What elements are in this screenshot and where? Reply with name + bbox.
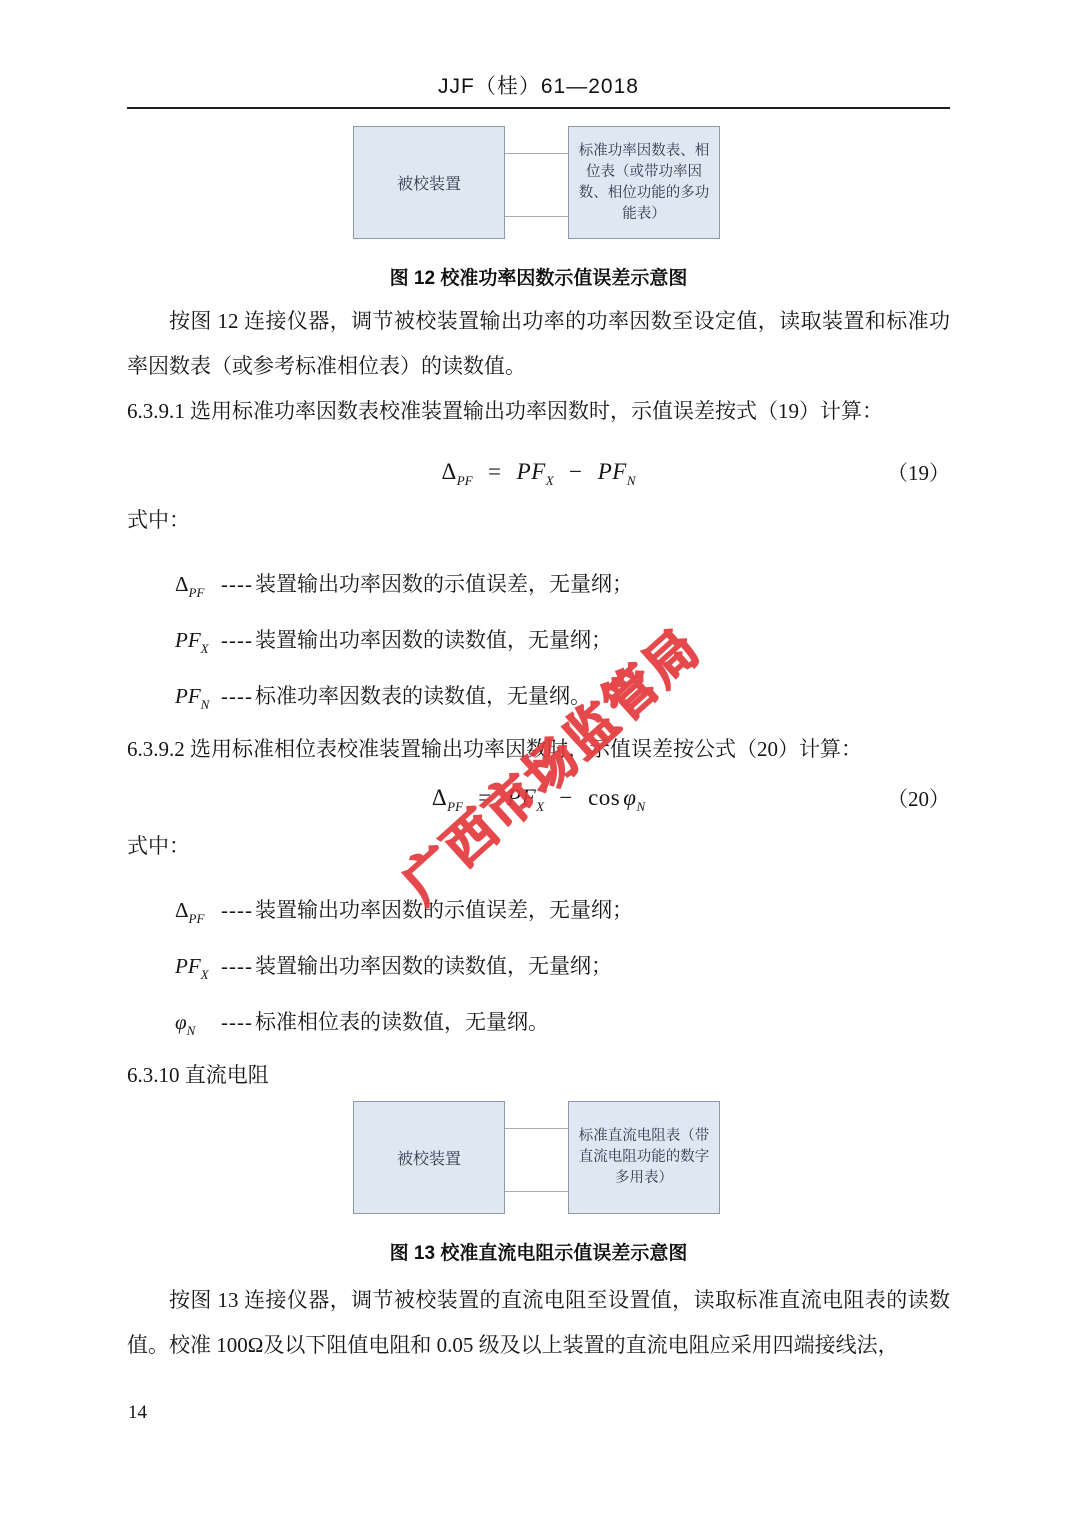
definition-text: 装置输出功率因数的示值误差，无量纲； bbox=[255, 898, 633, 922]
where-label-2: 式中： bbox=[127, 824, 950, 869]
formula-20-row: ΔPF = PFX − cosφN （20） bbox=[127, 772, 950, 824]
equation-number-20: （20） bbox=[887, 783, 950, 813]
connector-line-bottom bbox=[505, 216, 568, 217]
figure12-caption: 图 12 校准功率因数示值误差示意图 bbox=[127, 267, 950, 291]
formula-20: ΔPF = PFX − cosφN bbox=[432, 785, 645, 811]
standard-dc-resistance-meter-box: 标准直流电阻表（带直流电阻功能的数字多用表） bbox=[568, 1101, 720, 1214]
figure12-diagram: 被校装置 标准功率因数表、相位表（或带功率因数、相位功能的多功能表） bbox=[127, 126, 950, 240]
connector-line-top bbox=[505, 1128, 568, 1129]
section-6-3-9-2: 6.3.9.2 选用标准相位表校准装置输出功率因数时，示值误差按公式（20）计算… bbox=[127, 727, 950, 772]
page-number: 14 bbox=[128, 1402, 147, 1424]
header-rule bbox=[127, 107, 950, 109]
definition-pfx-20: PFX----装置输出功率因数的读数值，无量纲； bbox=[175, 951, 950, 981]
delta-symbol: Δ bbox=[432, 785, 447, 810]
section-6-3-10-heading: 6.3.10 直流电阻 bbox=[127, 1053, 950, 1098]
definition-text: 装置输出功率因数的示值误差，无量纲； bbox=[255, 572, 633, 596]
definition-text: 标准相位表的读数值，无量纲。 bbox=[255, 1010, 549, 1034]
equation-number-19: （19） bbox=[887, 457, 950, 487]
paragraph-figure13-instructions: 按图 13 连接仪器，调节被校装置的直流电阻至设置值，读取标准直流电阻表的读数值… bbox=[127, 1278, 950, 1368]
figure13-diagram: 被校装置 标准直流电阻表（带直流电阻功能的数字多用表） bbox=[127, 1101, 950, 1215]
phi-symbol: φ bbox=[623, 785, 636, 810]
standard-power-factor-meter-box: 标准功率因数表、相位表（或带功率因数、相位功能的多功能表） bbox=[568, 126, 720, 239]
device-under-test-box: 被校装置 bbox=[353, 1101, 505, 1214]
definition-delta-pf-19: ΔPF----装置输出功率因数的示值误差，无量纲； bbox=[175, 569, 950, 599]
document-page: JJF（桂）61—2018 被校装置 标准功率因数表、相位表（或带功率因数、相位… bbox=[0, 0, 1074, 1520]
definition-text: 标准功率因数表的读数值，无量纲。 bbox=[255, 684, 591, 708]
connector-line-top bbox=[505, 153, 568, 154]
formula-19-row: ΔPF = PFX − PFN （19） bbox=[127, 446, 950, 498]
definition-delta-pf-20: ΔPF----装置输出功率因数的示值误差，无量纲； bbox=[175, 895, 950, 925]
delta-symbol: Δ bbox=[442, 459, 457, 484]
paragraph-figure12-instructions: 按图 12 连接仪器，调节被校装置输出功率的功率因数至设定值，读取装置和标准功率… bbox=[127, 299, 950, 389]
definition-phi-n-20: φN----标准相位表的读数值，无量纲。 bbox=[175, 1007, 950, 1037]
figure13-caption: 图 13 校准直流电阻示值误差示意图 bbox=[127, 1242, 950, 1266]
cos-function: cos bbox=[588, 785, 620, 810]
formula-19: ΔPF = PFX − PFN bbox=[442, 459, 636, 485]
device-under-test-box: 被校装置 bbox=[353, 126, 505, 239]
definition-text: 装置输出功率因数的读数值，无量纲； bbox=[255, 628, 612, 652]
definition-pfn-19: PFN----标准功率因数表的读数值，无量纲。 bbox=[175, 681, 950, 711]
definition-text: 装置输出功率因数的读数值，无量纲； bbox=[255, 954, 612, 978]
page-title: JJF（桂）61—2018 bbox=[127, 0, 950, 100]
section-6-3-9-1: 6.3.9.1 选用标准功率因数表校准装置输出功率因数时，示值误差按式（19）计… bbox=[127, 389, 950, 434]
page-content: JJF（桂）61—2018 被校装置 标准功率因数表、相位表（或带功率因数、相位… bbox=[127, 0, 950, 1368]
where-label-1: 式中： bbox=[127, 498, 950, 543]
connector-line-bottom bbox=[505, 1191, 568, 1192]
definition-pfx-19: PFX----装置输出功率因数的读数值，无量纲； bbox=[175, 625, 950, 655]
